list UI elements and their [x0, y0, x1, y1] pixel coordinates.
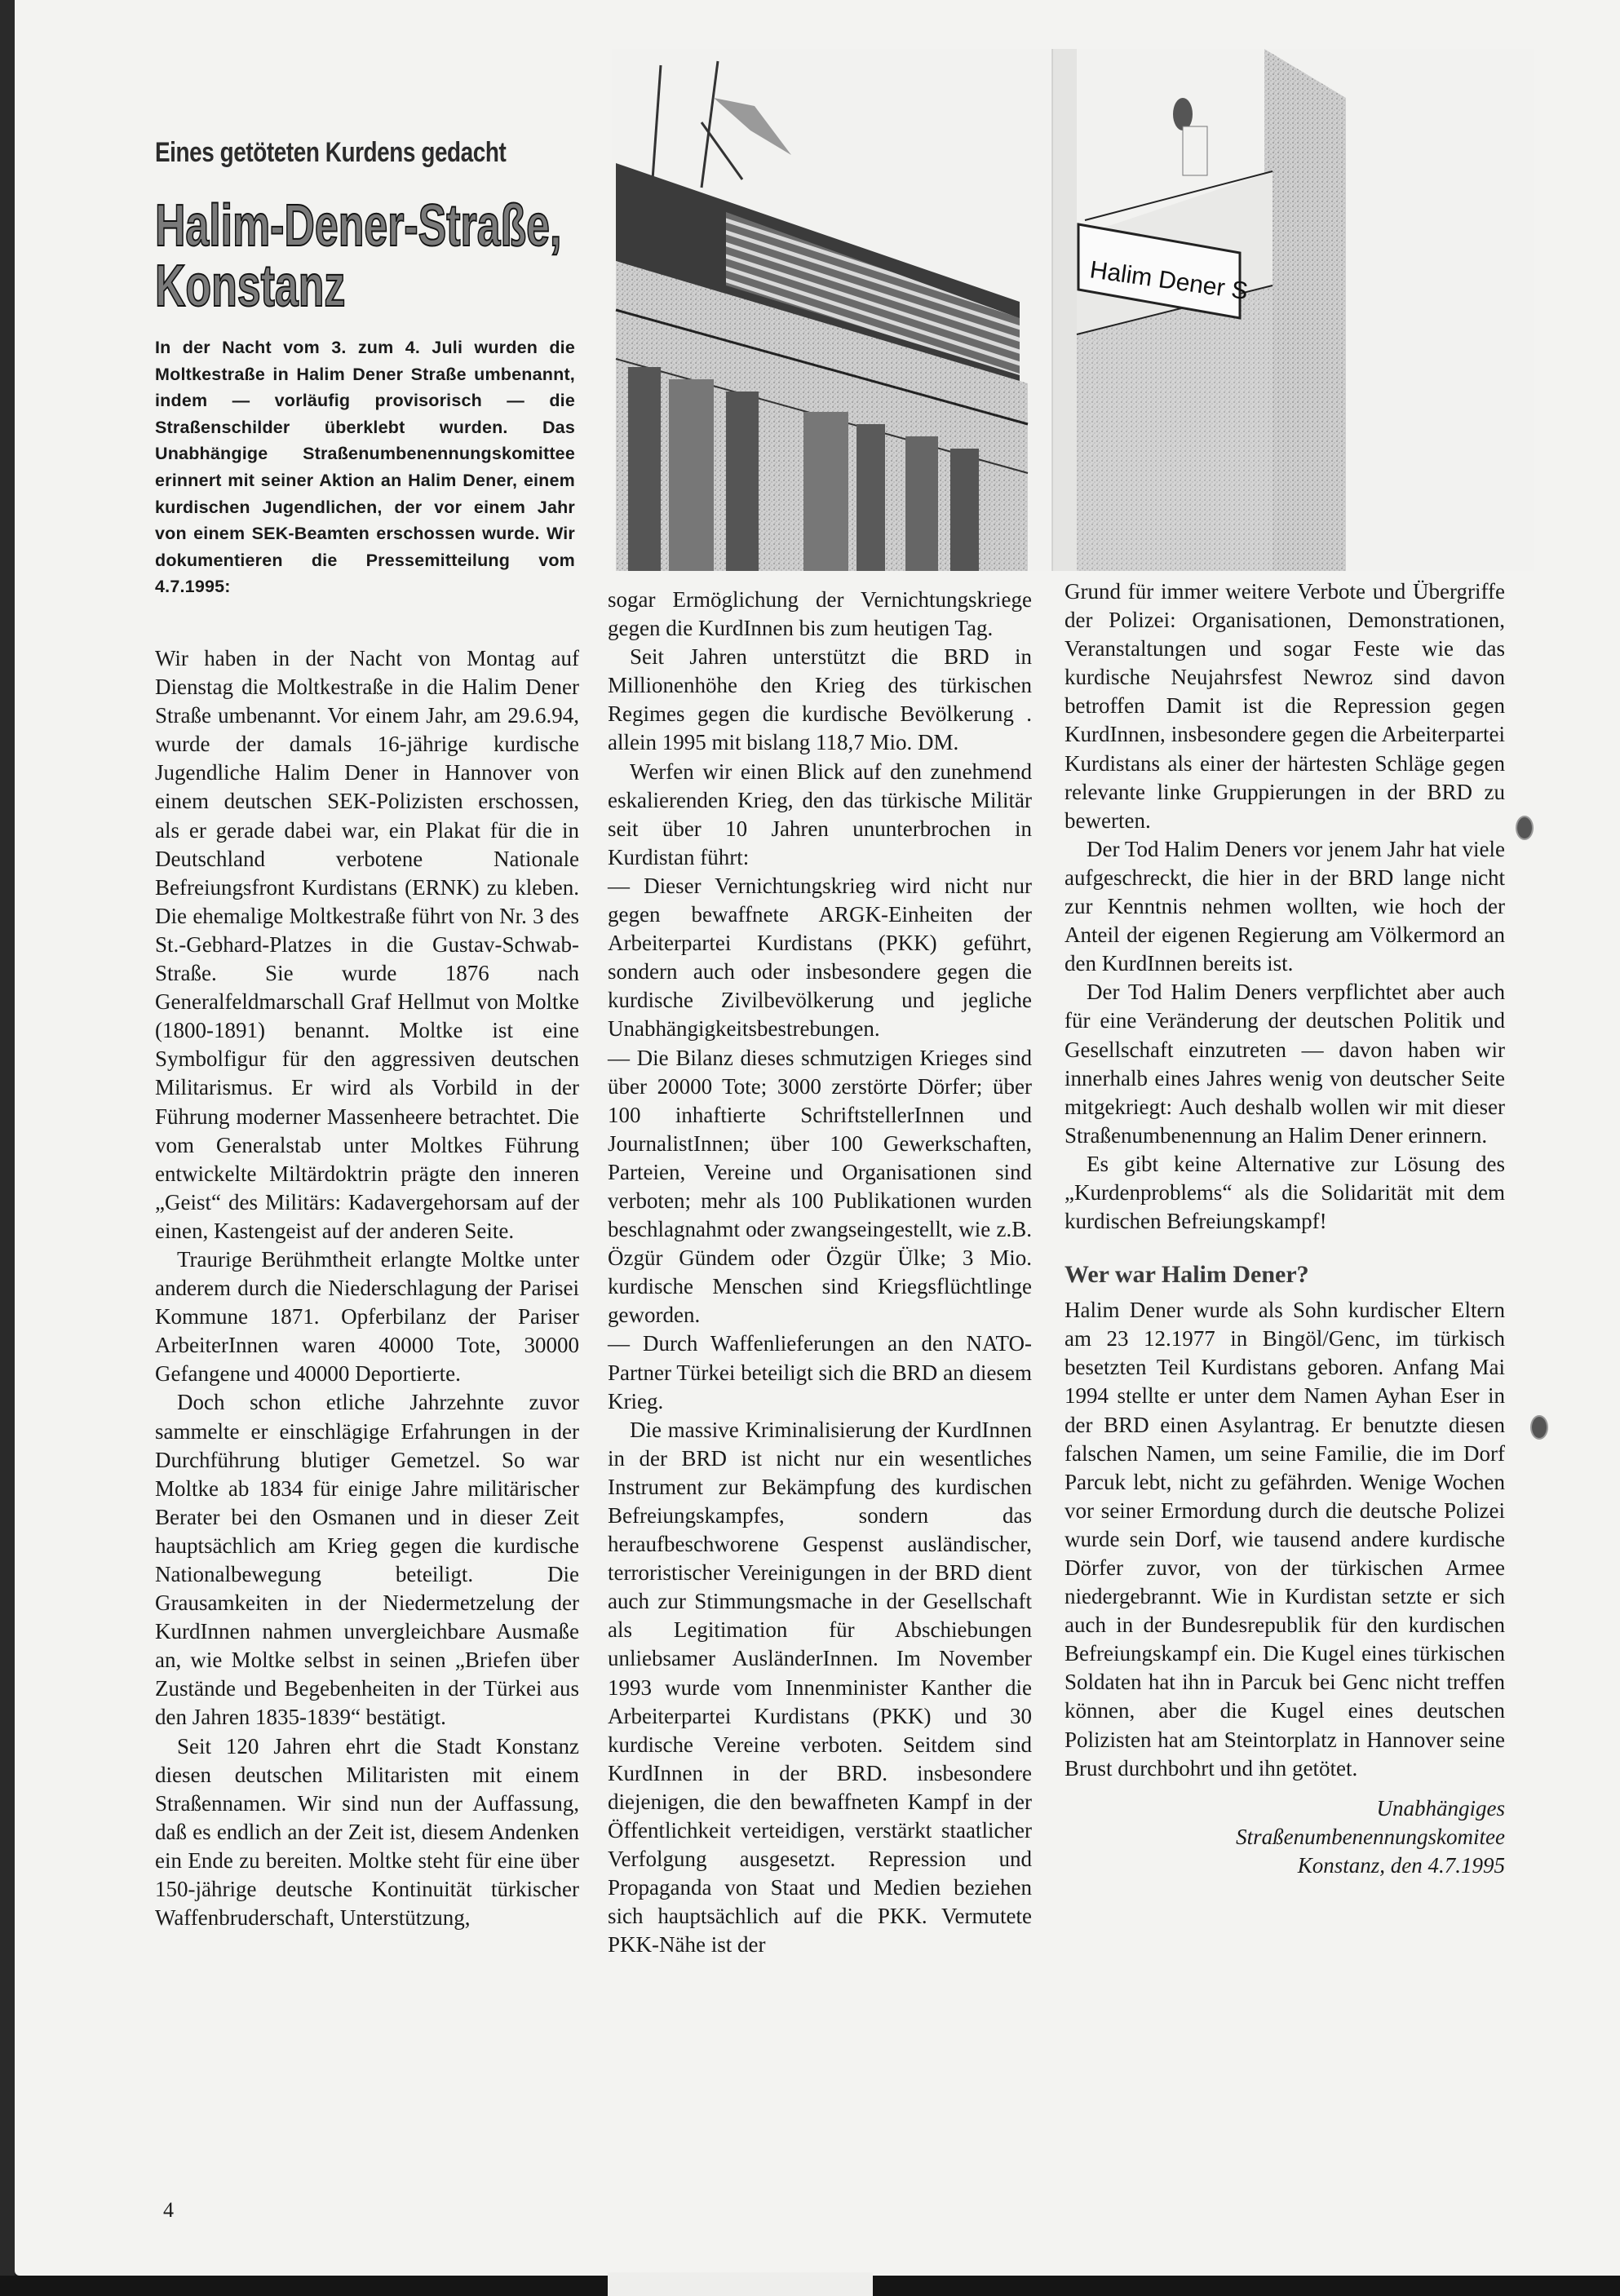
signature-line-2: Straßenumbenennungskomitee [1065, 1823, 1505, 1851]
punch-hole-mark [1530, 1415, 1548, 1440]
scan-left-edge [0, 0, 15, 2296]
page-number: 4 [163, 2198, 174, 2223]
text-column-2: sogar Ermöglichung der Vernichtungskrieg… [608, 586, 1032, 1960]
building-photo-illustration: Halim Dener S [612, 49, 1534, 571]
signature-block: Unabhängiges Straßenumbenennungskomitee … [1065, 1794, 1505, 1880]
section-subheading: Wer war Halim Dener? [1065, 1259, 1505, 1291]
headline-line-1: Halim-Dener-Straße, [155, 196, 625, 256]
paragraph: Die massive Kriminalisierung der KurdInn… [608, 1416, 1032, 1960]
paragraph: Der Tod Halim Deners verpflichtet aber a… [1065, 978, 1505, 1150]
bullet-paragraph: — Dieser Vernichtungskrieg wird nicht nu… [608, 872, 1032, 1044]
text-column-3: Grund für immer weitere Verbote und Über… [1065, 577, 1505, 1880]
article-kicker: Eines getöteten Kurdens gedacht [155, 137, 506, 169]
paragraph: Seit Jahren unterstützt die BRD in Milli… [608, 643, 1032, 757]
paragraph: Werfen wir einen Blick auf den zunehmend… [608, 758, 1032, 872]
paragraph: Seit 120 Jahren ehrt die Stadt Konstanz … [155, 1732, 579, 1933]
bio-paragraph: Halim Dener wurde als Sohn kurdischer El… [1065, 1296, 1505, 1783]
paragraph: Es gibt keine Alternative zur Lösung des… [1065, 1150, 1505, 1236]
article-headline: Halim-Dener-Straße, Konstanz [155, 196, 625, 316]
article-photo: Halim Dener S [612, 49, 1534, 571]
signature-line-1: Unabhängiges [1065, 1794, 1505, 1823]
punch-hole-mark [1516, 816, 1534, 840]
bullet-paragraph: — Die Bilanz dieses schmutzigen Krieges … [608, 1044, 1032, 1330]
paragraph: Wir haben in der Nacht von Montag auf Di… [155, 644, 579, 1245]
article-lede: In der Nacht vom 3. zum 4. Juli wurden d… [155, 334, 575, 600]
paragraph: Traurige Berühmtheit erlangte Moltke unt… [155, 1245, 579, 1388]
bullet-paragraph: — Durch Waffenlieferungen an den NATO-Pa… [608, 1329, 1032, 1415]
paragraph: Grund für immer weitere Verbote und Über… [1065, 577, 1505, 835]
scan-bottom-tab [608, 2272, 873, 2296]
signature-line-3: Konstanz, den 4.7.1995 [1065, 1851, 1505, 1880]
paragraph: sogar Ermöglichung der Vernichtungskrieg… [608, 586, 1032, 643]
paragraph: Der Tod Halim Deners vor jenem Jahr hat … [1065, 835, 1505, 978]
headline-line-2: Konstanz [155, 256, 625, 316]
paragraph: Doch schon etliche Jahrzehnte zuvor samm… [155, 1388, 579, 1732]
text-column-1: Wir haben in der Nacht von Montag auf Di… [155, 644, 579, 1932]
